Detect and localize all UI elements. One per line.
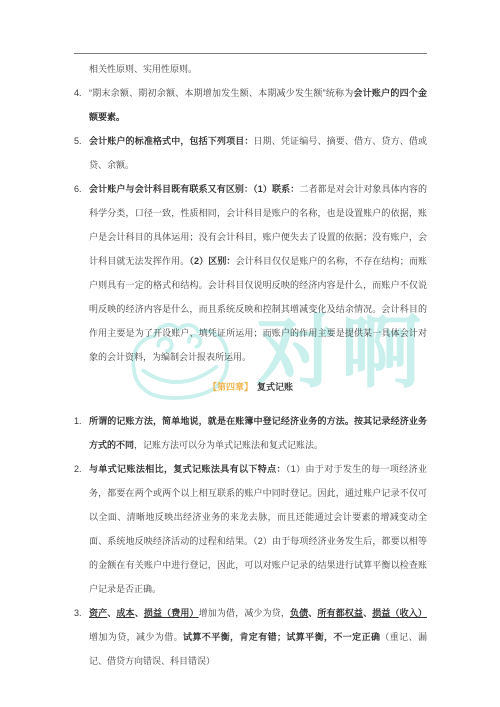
item-number: 1. (74, 409, 89, 457)
item-text: 会计账户与会计科目既有联系又有区别：（1）联系：二者都是对会计对象具体内容的科学… (89, 177, 427, 369)
list-item: 2.与单式记账法相比，复式记账法具有以下特点：（1）由于对于发生的每一项经济业务… (74, 457, 427, 601)
item-number: 3. (74, 601, 89, 673)
chapter-title: 复式记账 (257, 382, 293, 392)
list-item: 1.所谓的记账方法，简单地说，就是在账簿中登记经济业务的方法。按其记录经济业务方… (74, 409, 427, 457)
page-content: 相关性原则、实用性原则。 4.“期末余额、期初余额、本期增加发生额、本期减少发生… (74, 57, 427, 673)
document-page: 对啊 相关性原则、实用性原则。 4.“期末余额、期初余额、本期增加发生额、本期减… (0, 0, 500, 707)
numbered-list-lower: 1.所谓的记账方法，简单地说，就是在账簿中登记经济业务的方法。按其记录经济业务方… (74, 409, 427, 673)
page-divider (74, 53, 427, 54)
item-number: 4. (74, 81, 89, 129)
paragraph-continuation: 相关性原则、实用性原则。 (74, 57, 427, 81)
list-item: 5.会计账户的标准格式中，包括下列项目：日期、凭证编号、摘要、借方、贷方、借或贷… (74, 129, 427, 177)
item-number: 2. (74, 457, 89, 601)
item-text: 会计账户的标准格式中，包括下列项目：日期、凭证编号、摘要、借方、贷方、借或贷、余… (89, 129, 427, 177)
list-item: 4.“期末余额、期初余额、本期增加发生额、本期减少发生额”统称为会计账户的四个金… (74, 81, 427, 129)
chapter-tag: 【第四章】 (208, 382, 253, 392)
item-text: 所谓的记账方法，简单地说，就是在账簿中登记经济业务的方法。按其记录经济业务方式的… (89, 409, 427, 457)
chapter-heading: 【第四章】复式记账 (74, 375, 427, 399)
list-item: 3.资产、成本、损益（费用）增加为借，减少为贷，负债、所有都权益、损益（收入）增… (74, 601, 427, 673)
numbered-list-upper: 4.“期末余额、期初余额、本期增加发生额、本期减少发生额”统称为会计账户的四个金… (74, 81, 427, 369)
item-number: 5. (74, 129, 89, 177)
item-number: 6. (74, 177, 89, 369)
list-item: 6.会计账户与会计科目既有联系又有区别：（1）联系：二者都是对会计对象具体内容的… (74, 177, 427, 369)
item-text: 资产、成本、损益（费用）增加为借，减少为贷，负债、所有都权益、损益（收入）增加为… (89, 601, 427, 673)
item-text: “期末余额、期初余额、本期增加发生额、本期减少发生额”统称为会计账户的四个金额要… (89, 81, 427, 129)
item-text: 与单式记账法相比，复式记账法具有以下特点：（1）由于对于发生的每一项经济业务，都… (89, 457, 427, 601)
